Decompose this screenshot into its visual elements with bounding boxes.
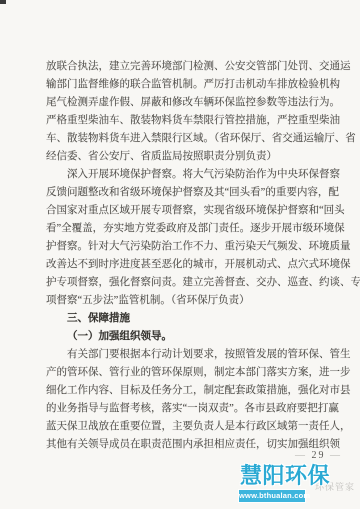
text-line: 放联合执法，建立完善环境部门检测、公安交管部门处罚、交通运 <box>46 58 326 76</box>
text-line: 的业务指导与监督考核，落实“一岗双责”。各市县政府要把打赢 <box>46 400 326 418</box>
text-line: 护督察。针对大气污染防治工作不力、重污染天气频发、环境质量 <box>46 238 326 256</box>
text-line: 护专项督察，强化督察问责。建立完善督查、交办、巡查、约谈、专 <box>46 274 326 292</box>
text-line: 改善达不到时序进度甚至恶化的城市，开展机动式、点穴式环境保 <box>46 256 326 274</box>
text-line: 看”全覆盖，夯实地方党委政府及部门责任。逐步开展市级环境保 <box>46 220 326 238</box>
section-heading: 三、保障措施 <box>46 310 326 328</box>
text-line: 严格重型柴油车、散装物料货车禁限行管控措施，严控重型柴油 <box>46 112 326 130</box>
text-line: 输部门监督维修的联合监管机制。严厉打击机动车排放检验机构 <box>46 76 326 94</box>
document-page: 放联合执法，建立完善环境部门检测、公安交管部门处罚、交通运 输部门监督维修的联合… <box>0 0 360 509</box>
text-line: 细化工作内容、目标及任务分工，制定配套政策措施，强化对市县 <box>46 382 326 400</box>
page-number-value: 29 <box>312 450 326 461</box>
text-line: 蓝天保卫战放在重要位置，主要负责人是本行政区域第一责任人， <box>46 418 326 436</box>
page-number-dash: — <box>295 450 307 461</box>
text-line: 有关部门要根据本行动计划要求，按照管发展的管环保、管生 <box>46 346 326 364</box>
subsection-heading: （一）加强组织领导。 <box>46 328 326 346</box>
watermark-url: www.bthualan.com <box>239 490 305 502</box>
scan-artifact <box>0 0 6 4</box>
page-number: — 29 — <box>295 450 342 461</box>
page-number-dash: — <box>330 450 342 461</box>
document-body: 放联合执法，建立完善环境部门检测、公安交管部门处罚、交通运 输部门监督维修的联合… <box>46 58 326 454</box>
text-line: 深入开展环境保护督察。将大气污染防治作为中央环保督察 <box>46 166 326 184</box>
text-line: 合国家对重点区域开展专项督察，实现省级环境保护督察和“回头 <box>46 202 326 220</box>
text-line: 项督察“五步法”监管机制。（省环保厅负责） <box>46 292 326 310</box>
text-line: 产的管环保、管行业的管环保原则，制定本部门落实方案，进一步 <box>46 364 326 382</box>
text-line: 经信委、省公安厅、省质监局按照职责分别负责） <box>46 148 326 166</box>
watermark-logo: 环保管家 慧阳环保 www.bthualan.com <box>239 463 360 509</box>
text-line: 其他有关领导成员在职责范围内承担相应责任，切实加强组织领 <box>46 436 326 454</box>
text-line: 车、散装物料货车进入禁限行区域。（省环保厅、省交通运输厅、省 <box>46 130 326 148</box>
watermark-brand: 慧阳环保 <box>240 464 330 488</box>
text-line: 尾气检测弄虚作假、屏蔽和修改车辆环保监控参数等违法行为。 <box>46 94 326 112</box>
text-line: 反馈问题整改和省级环境保护督察及其“回头看”的重要内容，配 <box>46 184 326 202</box>
